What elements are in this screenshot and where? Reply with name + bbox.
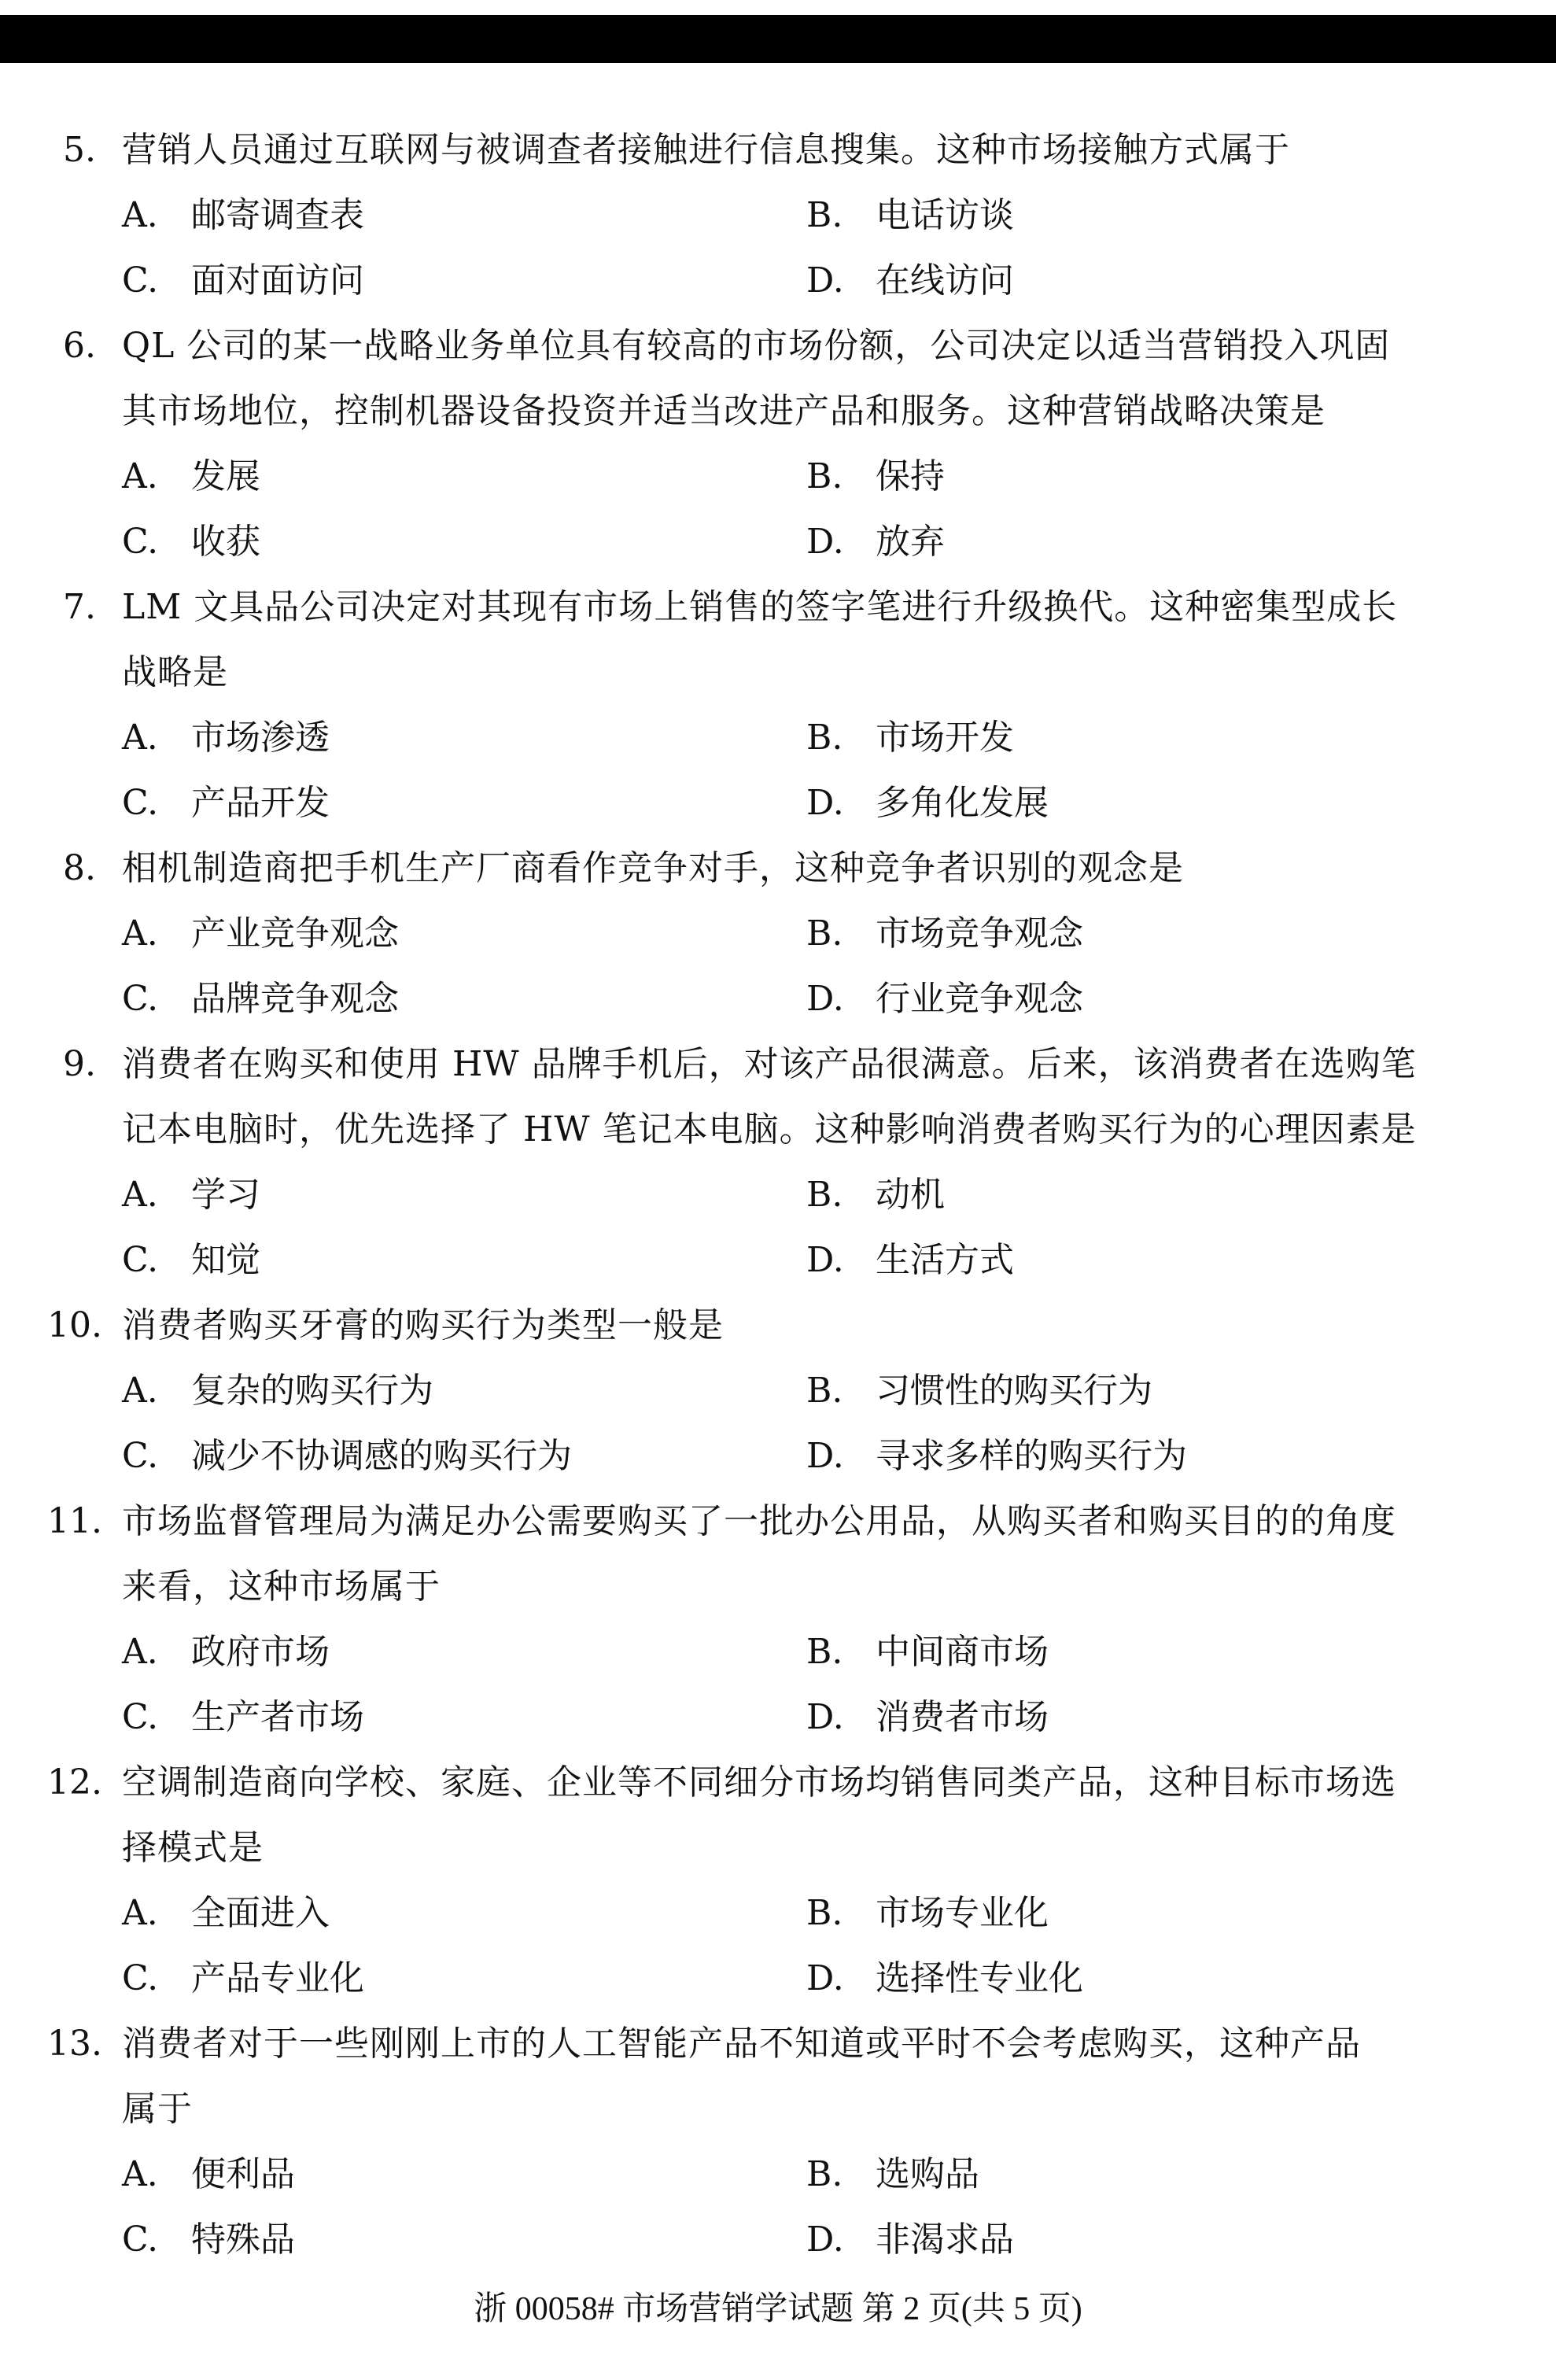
question-stem-line: 10. 消费者购买牙膏的购买行为类型一般是 [0, 1293, 1556, 1358]
option-row: A.学习 B.动机 [0, 1162, 1556, 1227]
option-row: A.产业竞争观念 B.市场竞争观念 [0, 901, 1556, 966]
option-text: 生活方式 [876, 1240, 1014, 1280]
option-letter: A. [122, 1358, 191, 1423]
option-text: 特殊品 [191, 2219, 295, 2260]
option-letter: B. [806, 2142, 876, 2207]
option-letter: A. [122, 183, 191, 248]
option-text: 生产者市场 [191, 1697, 364, 1737]
question-stem-line: 5. 营销人员通过互联网与被调查者接触进行信息搜集。这种市场接触方式属于 [0, 117, 1556, 183]
question-stem-text: 择模式是 [122, 1815, 264, 1880]
option-b[interactable]: B.保持 [806, 444, 945, 509]
option-b[interactable]: B.中间商市场 [806, 1619, 1049, 1684]
option-row: A.发展 B.保持 [0, 444, 1556, 509]
question-stem-text: 消费者对于一些刚刚上市的人工智能产品不知道或平时不会考虑购买，这种产品 [122, 2011, 1361, 2076]
option-letter: D. [806, 509, 876, 574]
question-stem-text: QL 公司的某一战略业务单位具有较高的市场份额，公司决定以适当营销投入巩固 [122, 313, 1390, 378]
option-text: 中间商市场 [876, 1632, 1049, 1672]
option-letter: B. [806, 901, 876, 966]
option-b[interactable]: B.市场开发 [806, 705, 1014, 770]
option-text: 知觉 [191, 1240, 260, 1280]
option-c[interactable]: C.产品开发 [122, 770, 330, 836]
option-text: 产业竞争观念 [191, 913, 399, 954]
option-row: C.收获 D.放弃 [0, 509, 1556, 574]
question-number: 13. [47, 2011, 102, 2076]
question-stem-text: 消费者在购买和使用 HW 品牌手机后，对该产品很满意。后来，该消费者在选购笔 [122, 1031, 1417, 1097]
option-text: 便利品 [191, 2154, 295, 2194]
question-stem-text: LM 文具品公司决定对其现有市场上销售的签字笔进行升级换代。这种密集型成长 [122, 574, 1397, 640]
option-letter: C. [122, 1946, 191, 2011]
option-row: A.便利品 B.选购品 [0, 2142, 1556, 2207]
question-number: 7. [63, 574, 118, 640]
option-d[interactable]: D.在线访问 [806, 248, 1014, 313]
question-stem-text: 相机制造商把手机生产厂商看作竞争对手，这种竞争者识别的观念是 [122, 836, 1184, 901]
option-text: 收获 [191, 522, 260, 562]
option-letter: B. [806, 444, 876, 509]
option-letter: A. [122, 2142, 191, 2207]
option-letter: A. [122, 1619, 191, 1684]
page-footer: 浙 00058# 市场营销学试题 第 2 页(共 5 页) [0, 2282, 1556, 2337]
option-letter: C. [122, 2207, 191, 2272]
option-text: 品牌竞争观念 [191, 979, 399, 1019]
question-10: 10. 消费者购买牙膏的购买行为类型一般是 A.复杂的购买行为 B.习惯性的购买… [0, 1293, 1556, 1489]
option-letter: C. [122, 248, 191, 313]
option-row: A.全面进入 B.市场专业化 [0, 1880, 1556, 1946]
question-8: 8. 相机制造商把手机生产厂商看作竞争对手，这种竞争者识别的观念是 A.产业竞争… [0, 836, 1556, 1031]
option-text: 减少不协调感的购买行为 [191, 1436, 572, 1476]
question-9: 9. 消费者在购买和使用 HW 品牌手机后，对该产品很满意。后来，该消费者在选购… [0, 1031, 1556, 1293]
option-text: 邮寄调查表 [191, 195, 364, 235]
option-letter: D. [806, 1684, 876, 1750]
option-row: C.面对面访问 D.在线访问 [0, 248, 1556, 313]
option-row: C.产品开发 D.多角化发展 [0, 770, 1556, 836]
question-number: 9. [63, 1031, 118, 1097]
option-letter: B. [806, 1162, 876, 1227]
option-b[interactable]: B.选购品 [806, 2142, 979, 2207]
option-text: 多角化发展 [876, 783, 1049, 823]
option-text: 发展 [191, 456, 260, 496]
option-a[interactable]: A.政府市场 [122, 1619, 330, 1684]
question-stem-line: 11. 市场监督管理局为满足办公需要购买了一批办公用品，从购买者和购买目的的角度 [0, 1489, 1556, 1554]
option-text: 产品开发 [191, 783, 330, 823]
option-text: 选购品 [876, 2154, 979, 2194]
question-stem-line: 7. LM 文具品公司决定对其现有市场上销售的签字笔进行升级换代。这种密集型成长 [0, 574, 1556, 640]
option-c[interactable]: C.知觉 [122, 1227, 260, 1293]
option-row: A.市场渗透 B.市场开发 [0, 705, 1556, 770]
option-text: 在线访问 [876, 260, 1014, 301]
option-text: 行业竞争观念 [876, 979, 1083, 1019]
option-c[interactable]: C.面对面访问 [122, 248, 364, 313]
question-number: 8. [63, 836, 118, 901]
option-row: C.减少不协调感的购买行为 D.寻求多样的购买行为 [0, 1423, 1556, 1489]
question-stem-text: 营销人员通过互联网与被调查者接触进行信息搜集。这种市场接触方式属于 [122, 117, 1290, 183]
option-d[interactable]: D.放弃 [806, 509, 945, 574]
question-stem-text: 其市场地位，控制机器设备投资并适当改进产品和服务。这种营销战略决策是 [122, 378, 1326, 444]
question-stem-line: 择模式是 [0, 1815, 1556, 1880]
question-7: 7. LM 文具品公司决定对其现有市场上销售的签字笔进行升级换代。这种密集型成长… [0, 574, 1556, 836]
option-text: 寻求多样的购买行为 [876, 1436, 1187, 1476]
option-a[interactable]: A.便利品 [122, 2142, 295, 2207]
question-stem-line: 12. 空调制造商向学校、家庭、企业等不同细分市场均销售同类产品，这种目标市场选 [0, 1750, 1556, 1815]
option-row: C.品牌竞争观念 D.行业竞争观念 [0, 966, 1556, 1031]
option-a[interactable]: A.产业竞争观念 [122, 901, 399, 966]
question-stem-line: 6. QL 公司的某一战略业务单位具有较高的市场份额，公司决定以适当营销投入巩固 [0, 313, 1556, 378]
option-letter: D. [806, 1227, 876, 1293]
option-letter: D. [806, 1423, 876, 1489]
question-stem-text: 战略是 [122, 640, 228, 705]
option-text: 市场专业化 [876, 1893, 1049, 1933]
option-row: A.邮寄调查表 B.电话访谈 [0, 183, 1556, 248]
option-a[interactable]: A.学习 [122, 1162, 260, 1227]
question-number: 11. [47, 1489, 102, 1554]
question-13: 13. 消费者对于一些刚刚上市的人工智能产品不知道或平时不会考虑购买，这种产品 … [0, 2011, 1556, 2272]
option-letter: C. [122, 770, 191, 836]
option-d[interactable]: D.消费者市场 [806, 1684, 1049, 1750]
option-text: 消费者市场 [876, 1697, 1049, 1737]
option-letter: D. [806, 248, 876, 313]
option-a[interactable]: A.全面进入 [122, 1880, 330, 1946]
option-text: 市场开发 [876, 718, 1014, 758]
option-letter: C. [122, 1227, 191, 1293]
option-text: 全面进入 [191, 1893, 330, 1933]
option-letter: B. [806, 1880, 876, 1946]
option-c[interactable]: C.收获 [122, 509, 260, 574]
page-top-black-bar [0, 15, 1556, 63]
option-text: 放弃 [876, 522, 945, 562]
option-letter: D. [806, 1946, 876, 2011]
question-number: 5. [63, 117, 118, 183]
option-c[interactable]: C.减少不协调感的购买行为 [122, 1423, 572, 1489]
option-b[interactable]: B.市场竞争观念 [806, 901, 1083, 966]
option-c[interactable]: C.生产者市场 [122, 1684, 364, 1750]
question-6: 6. QL 公司的某一战略业务单位具有较高的市场份额，公司决定以适当营销投入巩固… [0, 313, 1556, 574]
option-c[interactable]: C.产品专业化 [122, 1946, 364, 2011]
question-stem-line: 战略是 [0, 640, 1556, 705]
option-letter: D. [806, 770, 876, 836]
option-text: 政府市场 [191, 1632, 330, 1672]
question-stem-line: 13. 消费者对于一些刚刚上市的人工智能产品不知道或平时不会考虑购买，这种产品 [0, 2011, 1556, 2076]
question-stem-text: 消费者购买牙膏的购买行为类型一般是 [122, 1293, 724, 1358]
question-stem-line: 属于 [0, 2076, 1556, 2142]
option-text: 市场渗透 [191, 718, 330, 758]
option-text: 电话访谈 [876, 195, 1014, 235]
option-letter: C. [122, 509, 191, 574]
option-letter: A. [122, 901, 191, 966]
option-c[interactable]: C.特殊品 [122, 2207, 295, 2272]
option-letter: A. [122, 705, 191, 770]
question-stem-line: 记本电脑时，优先选择了 HW 笔记本电脑。这种影响消费者购买行为的心理因素是 [0, 1097, 1556, 1162]
option-text: 动机 [876, 1175, 945, 1215]
question-number: 10. [47, 1293, 102, 1358]
question-stem-line: 来看，这种市场属于 [0, 1554, 1556, 1619]
option-letter: B. [806, 183, 876, 248]
option-row: C.特殊品 D.非渴求品 [0, 2207, 1556, 2272]
question-stem-line: 8. 相机制造商把手机生产厂商看作竞争对手，这种竞争者识别的观念是 [0, 836, 1556, 901]
option-text: 复杂的购买行为 [191, 1371, 433, 1411]
option-a[interactable]: A.市场渗透 [122, 705, 330, 770]
question-5: 5. 营销人员通过互联网与被调查者接触进行信息搜集。这种市场接触方式属于 A.邮… [0, 117, 1556, 313]
option-b[interactable]: B.电话访谈 [806, 183, 1014, 248]
option-b[interactable]: B.动机 [806, 1162, 945, 1227]
option-letter: A. [122, 1162, 191, 1227]
option-row: C.知觉 D.生活方式 [0, 1227, 1556, 1293]
option-d[interactable]: D.多角化发展 [806, 770, 1049, 836]
option-letter: B. [806, 1619, 876, 1684]
question-stem-text: 来看，这种市场属于 [122, 1554, 441, 1619]
option-letter: B. [806, 705, 876, 770]
option-text: 保持 [876, 456, 945, 496]
option-b[interactable]: B.市场专业化 [806, 1880, 1049, 1946]
option-text: 市场竞争观念 [876, 913, 1083, 954]
option-letter: B. [806, 1358, 876, 1423]
option-text: 非渴求品 [876, 2219, 1014, 2260]
question-number: 6. [63, 313, 118, 378]
option-c[interactable]: C.品牌竞争观念 [122, 966, 399, 1031]
option-text: 学习 [191, 1175, 260, 1215]
option-d[interactable]: D.非渴求品 [806, 2207, 1014, 2272]
option-letter: D. [806, 2207, 876, 2272]
option-a[interactable]: A.复杂的购买行为 [122, 1358, 433, 1423]
option-row: C.生产者市场 D.消费者市场 [0, 1684, 1556, 1750]
question-stem-text: 市场监督管理局为满足办公需要购买了一批办公用品，从购买者和购买目的的角度 [122, 1489, 1396, 1554]
option-letter: A. [122, 1880, 191, 1946]
option-row: A.复杂的购买行为 B.习惯性的购买行为 [0, 1358, 1556, 1423]
question-number: 12. [47, 1750, 102, 1815]
exam-question-list: 5. 营销人员通过互联网与被调查者接触进行信息搜集。这种市场接触方式属于 A.邮… [0, 117, 1556, 2272]
option-text: 产品专业化 [191, 1958, 364, 1998]
option-d[interactable]: D.选择性专业化 [806, 1946, 1083, 2011]
option-text: 面对面访问 [191, 260, 364, 301]
question-stem-text: 属于 [122, 2076, 193, 2142]
question-stem-line: 9. 消费者在购买和使用 HW 品牌手机后，对该产品很满意。后来，该消费者在选购… [0, 1031, 1556, 1097]
option-letter: C. [122, 966, 191, 1031]
option-a[interactable]: A.邮寄调查表 [122, 183, 364, 248]
question-11: 11. 市场监督管理局为满足办公需要购买了一批办公用品，从购买者和购买目的的角度… [0, 1489, 1556, 1750]
question-12: 12. 空调制造商向学校、家庭、企业等不同细分市场均销售同类产品，这种目标市场选… [0, 1750, 1556, 2011]
option-row: A.政府市场 B.中间商市场 [0, 1619, 1556, 1684]
question-stem-text: 空调制造商向学校、家庭、企业等不同细分市场均销售同类产品，这种目标市场选 [122, 1750, 1396, 1815]
option-text: 选择性专业化 [876, 1958, 1083, 1998]
question-stem-text: 记本电脑时，优先选择了 HW 笔记本电脑。这种影响消费者购买行为的心理因素是 [122, 1097, 1417, 1162]
option-letter: A. [122, 444, 191, 509]
option-letter: C. [122, 1423, 191, 1489]
option-d[interactable]: D.寻求多样的购买行为 [806, 1423, 1187, 1489]
option-row: C.产品专业化 D.选择性专业化 [0, 1946, 1556, 2011]
option-text: 习惯性的购买行为 [876, 1371, 1152, 1411]
option-letter: C. [122, 1684, 191, 1750]
option-letter: D. [806, 966, 876, 1031]
option-d[interactable]: D.生活方式 [806, 1227, 1014, 1293]
option-a[interactable]: A.发展 [122, 444, 260, 509]
option-b[interactable]: B.习惯性的购买行为 [806, 1358, 1152, 1423]
option-d[interactable]: D.行业竞争观念 [806, 966, 1083, 1031]
question-stem-line: 其市场地位，控制机器设备投资并适当改进产品和服务。这种营销战略决策是 [0, 378, 1556, 444]
